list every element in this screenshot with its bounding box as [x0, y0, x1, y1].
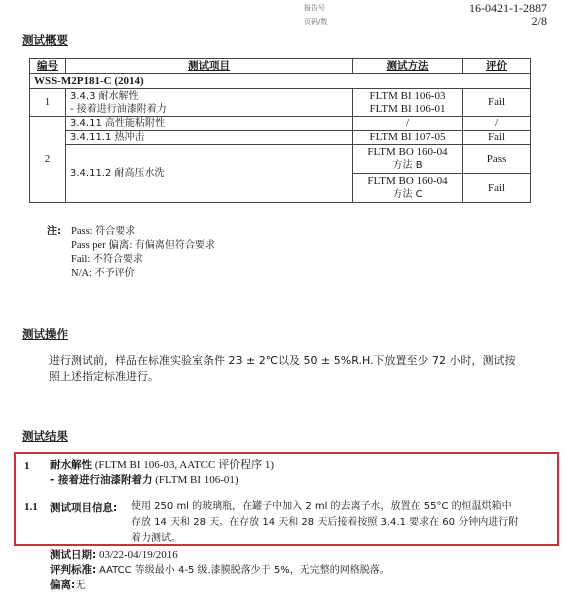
table-row: 3.4.11.2 耐高压水洗 FLTM BO 160-04 方法 B Pass: [30, 145, 531, 174]
note-key: Fail:: [71, 254, 90, 265]
page-label: 页码/数: [304, 17, 327, 27]
row-method: FLTM BO 160-04 方法 B: [353, 145, 463, 174]
method-line-2: 方法 B: [357, 159, 458, 172]
result-sub-rest: (FLTM BI 106-01): [153, 474, 239, 486]
test-info-label: 测试项目信息:: [50, 500, 117, 515]
result-subitem-no: 1.1: [24, 501, 38, 513]
notes: 注: Pass: 符合要求 Pass per 偏离: 有偏离但符合要求 Fail…: [47, 225, 215, 281]
note-desc: 不予评价: [95, 268, 135, 279]
page-number: 2/8: [532, 14, 547, 29]
note-desc: 有偏离但符合要求: [135, 240, 215, 251]
row-method: FLTM BI 107-05: [353, 131, 463, 145]
table-row: 3.4.11.1 热冲击 FLTM BI 107-05 Fail: [30, 131, 531, 145]
row-method: FLTM BI 106-03 FLTM BI 106-01: [353, 89, 463, 117]
row-result: Pass: [463, 145, 531, 174]
table-row: 2 3.4.11 高性能粘附性 / /: [30, 117, 531, 131]
row-item: 3.4.11 高性能粘附性: [66, 117, 353, 131]
result-item-title: 耐水解性 (FLTM BI 106-03, AATCC 评价程序 1) - 接着…: [50, 458, 274, 488]
summary-table: 编号 测试项目 测试方法 评价 WSS-M2P181-C (2014) 1 3.…: [29, 58, 531, 203]
test-date-label: 测试日期:: [50, 549, 96, 561]
note-desc: 不符合要求: [93, 254, 143, 265]
note-item: Pass: 符合要求: [71, 225, 215, 239]
note-key: Pass per 偏离:: [71, 240, 132, 251]
test-info-text: 使用 250 ml 的玻璃瓶，在罐子中加入 2 ml 的去离子水，放置在 55°…: [131, 499, 521, 547]
criteria-text: AATCC 等级最小 4-5 级.漆膜脱落少于 5%，无完整的网格脱落。: [99, 565, 390, 576]
col-header-result: 评价: [463, 59, 531, 74]
results-title: 测试结果: [22, 428, 68, 444]
note-item: N/A: 不予评价: [71, 267, 215, 281]
row-item: 3.4.11.2 耐高压水洗: [66, 145, 353, 203]
note-item: Fail: 不符合要求: [71, 253, 215, 267]
row-result: /: [463, 117, 531, 131]
row-result: Fail: [463, 89, 531, 117]
deviation-label: 偏离:: [50, 579, 75, 591]
col-header-item: 测试项目: [66, 59, 353, 74]
row-no: 2: [30, 117, 66, 203]
table-header-row: 编号 测试项目 测试方法 评价: [30, 59, 531, 74]
result-title-rest: (FLTM BI 106-03, AATCC 评价程序 1): [92, 459, 274, 471]
standard-row: WSS-M2P181-C (2014): [30, 74, 531, 89]
row-result: Fail: [463, 174, 531, 203]
row-method: FLTM BO 160-04 方法 C: [353, 174, 463, 203]
row-item: 3.4.3 耐水解性 - 接着进行油漆附着力: [66, 89, 353, 117]
operation-text: 进行测试前，样品在标准实验室条件 23 ± 2℃以及 50 ± 5%R.H.下放…: [49, 353, 519, 385]
criteria-label: 评判标准:: [50, 564, 96, 576]
test-date: 03/22-04/19/2016: [99, 549, 178, 561]
note-item: Pass per 偏离: 有偏离但符合要求: [71, 239, 215, 253]
col-header-no: 编号: [30, 59, 66, 74]
item-line-1: 3.4.3 耐水解性: [70, 90, 348, 103]
result-item-no: 1: [24, 460, 30, 472]
notes-label: 注:: [47, 225, 71, 281]
method-line-2: 方法 C: [357, 188, 458, 201]
deviation-text: 无: [75, 580, 85, 591]
method-line-1: FLTM BO 160-04: [357, 146, 458, 159]
method-line-2: FLTM BI 106-01: [357, 103, 458, 116]
note-key: Pass:: [71, 226, 93, 237]
report-no-label: 报告号: [304, 3, 325, 13]
note-desc: 符合要求: [95, 226, 135, 237]
row-no: 1: [30, 89, 66, 117]
result-sub-bold: - 接着进行油漆附着力: [50, 474, 153, 486]
summary-title: 测试概要: [22, 32, 68, 48]
result-details: 测试日期: 03/22-04/19/2016 评判标准: AATCC 等级最小 …: [50, 548, 390, 593]
standard-name: WSS-M2P181-C (2014): [30, 74, 531, 89]
row-method: /: [353, 117, 463, 131]
operation-title: 测试操作: [22, 326, 68, 342]
row-result: Fail: [463, 131, 531, 145]
result-title-bold: 耐水解性: [50, 459, 92, 471]
method-line-1: FLTM BI 106-03: [357, 90, 458, 103]
method-line-1: FLTM BO 160-04: [357, 175, 458, 188]
col-header-method: 测试方法: [353, 59, 463, 74]
row-item: 3.4.11.1 热冲击: [66, 131, 353, 145]
table-row: 1 3.4.3 耐水解性 - 接着进行油漆附着力 FLTM BI 106-03 …: [30, 89, 531, 117]
item-line-2: - 接着进行油漆附着力: [70, 103, 348, 116]
note-key: N/A:: [71, 268, 92, 279]
